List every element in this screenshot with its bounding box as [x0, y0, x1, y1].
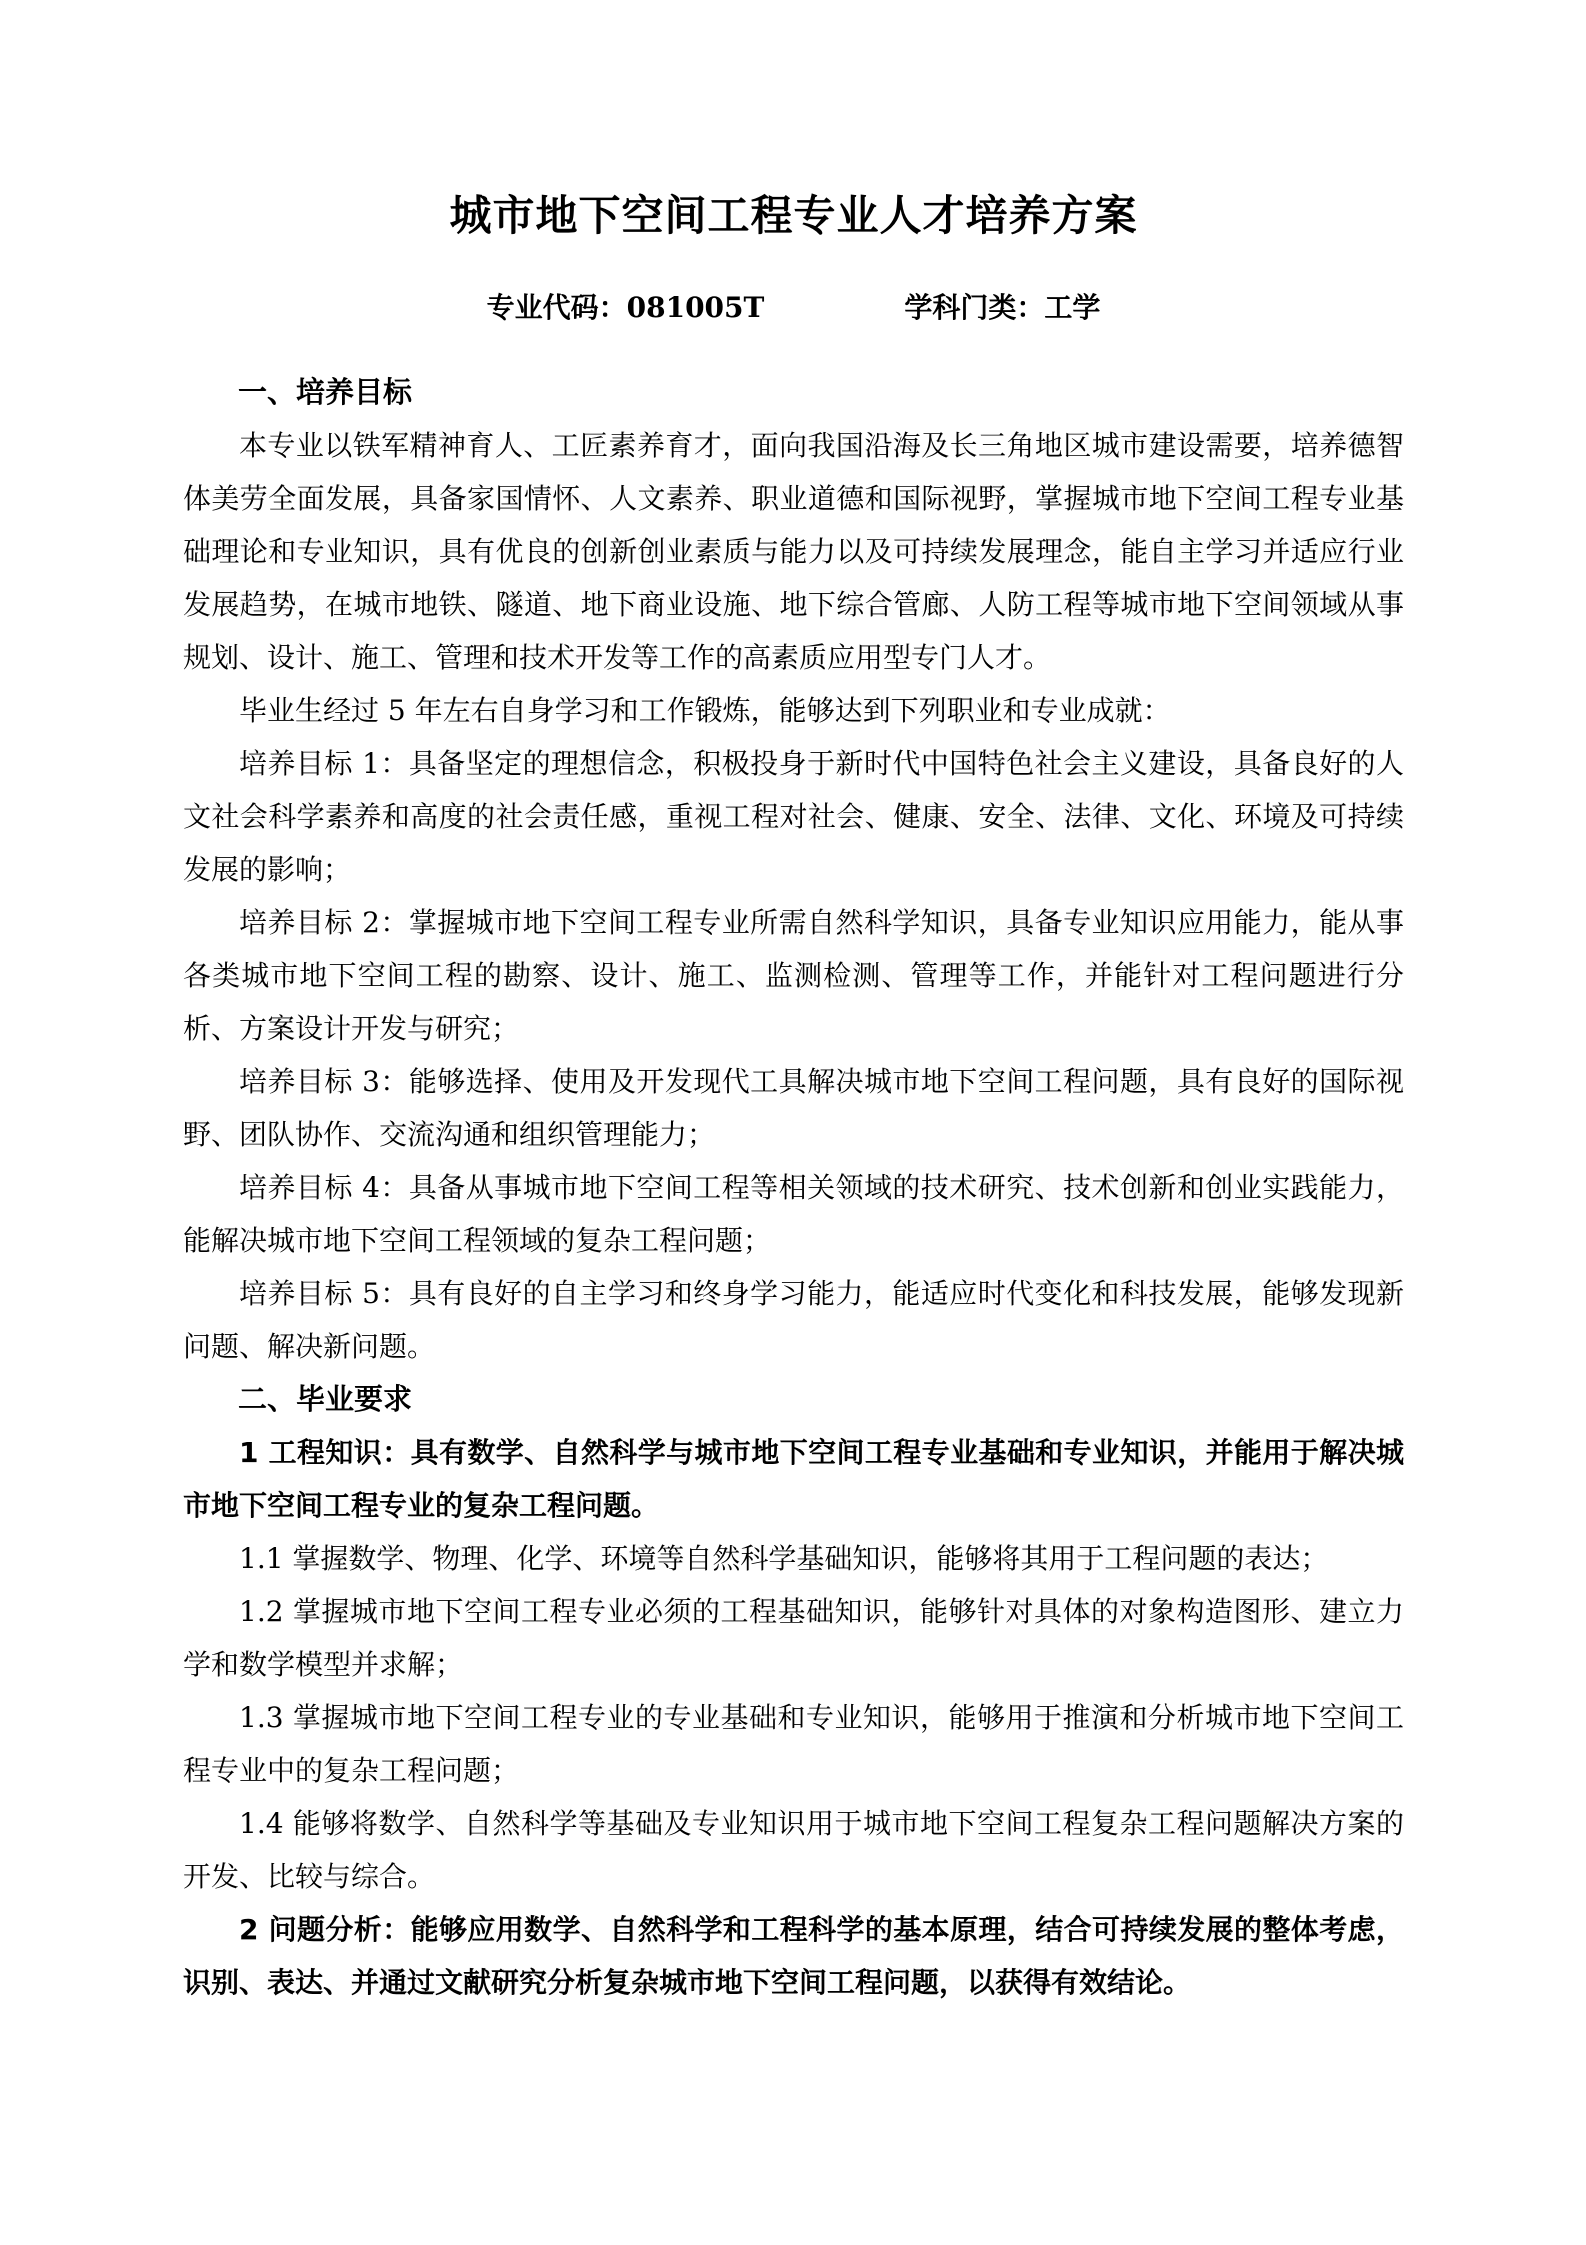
paragraph: 本专业以铁军精神育人、工匠素养育才，面向我国沿海及长三角地区城市建设需要，培养德…	[183, 419, 1404, 684]
paragraph: 1.2 掌握城市地下空间工程专业必须的工程基础知识，能够针对具体的对象构造图形、…	[183, 1585, 1404, 1691]
major-code-label: 专业代码：081005T	[487, 288, 765, 328]
document-title: 城市地下空间工程专业人才培养方案	[183, 186, 1404, 246]
paragraph: 培养目标 3：能够选择、使用及开发现代工具解决城市地下空间工程问题，具有良好的国…	[183, 1055, 1404, 1161]
paragraph: 培养目标 4：具备从事城市地下空间工程等相关领域的技术研究、技术创新和创业实践能…	[183, 1161, 1404, 1267]
paragraph: 培养目标 2：掌握城市地下空间工程专业所需自然科学知识，具备专业知识应用能力，能…	[183, 896, 1404, 1055]
paragraph: 培养目标 5：具有良好的自主学习和终身学习能力，能适应时代变化和科技发展，能够发…	[183, 1267, 1404, 1373]
section-heading: 二、毕业要求	[183, 1373, 1404, 1426]
document-page: 城市地下空间工程专业人才培养方案 专业代码：081005T 学科门类：工学 一、…	[0, 0, 1586, 2245]
paragraph: 2 问题分析：能够应用数学、自然科学和工程科学的基本原理，结合可持续发展的整体考…	[183, 1903, 1404, 2009]
discipline-category-label: 学科门类：工学	[904, 288, 1100, 328]
paragraph: 1 工程知识：具有数学、自然科学与城市地下空间工程专业基础和专业知识，并能用于解…	[183, 1426, 1404, 1532]
paragraph: 培养目标 1：具备坚定的理想信念，积极投身于新时代中国特色社会主义建设，具备良好…	[183, 737, 1404, 896]
paragraph: 毕业生经过 5 年左右自身学习和工作锻炼，能够达到下列职业和专业成就：	[183, 684, 1404, 737]
meta-row: 专业代码：081005T 学科门类：工学	[183, 288, 1404, 328]
document-body: 一、培养目标本专业以铁军精神育人、工匠素养育才，面向我国沿海及长三角地区城市建设…	[183, 366, 1404, 2009]
section-heading: 一、培养目标	[183, 366, 1404, 419]
paragraph: 1.3 掌握城市地下空间工程专业的专业基础和专业知识，能够用于推演和分析城市地下…	[183, 1691, 1404, 1797]
paragraph: 1.4 能够将数学、自然科学等基础及专业知识用于城市地下空间工程复杂工程问题解决…	[183, 1797, 1404, 1903]
paragraph: 1.1 掌握数学、物理、化学、环境等自然科学基础知识，能够将其用于工程问题的表达…	[183, 1532, 1404, 1585]
